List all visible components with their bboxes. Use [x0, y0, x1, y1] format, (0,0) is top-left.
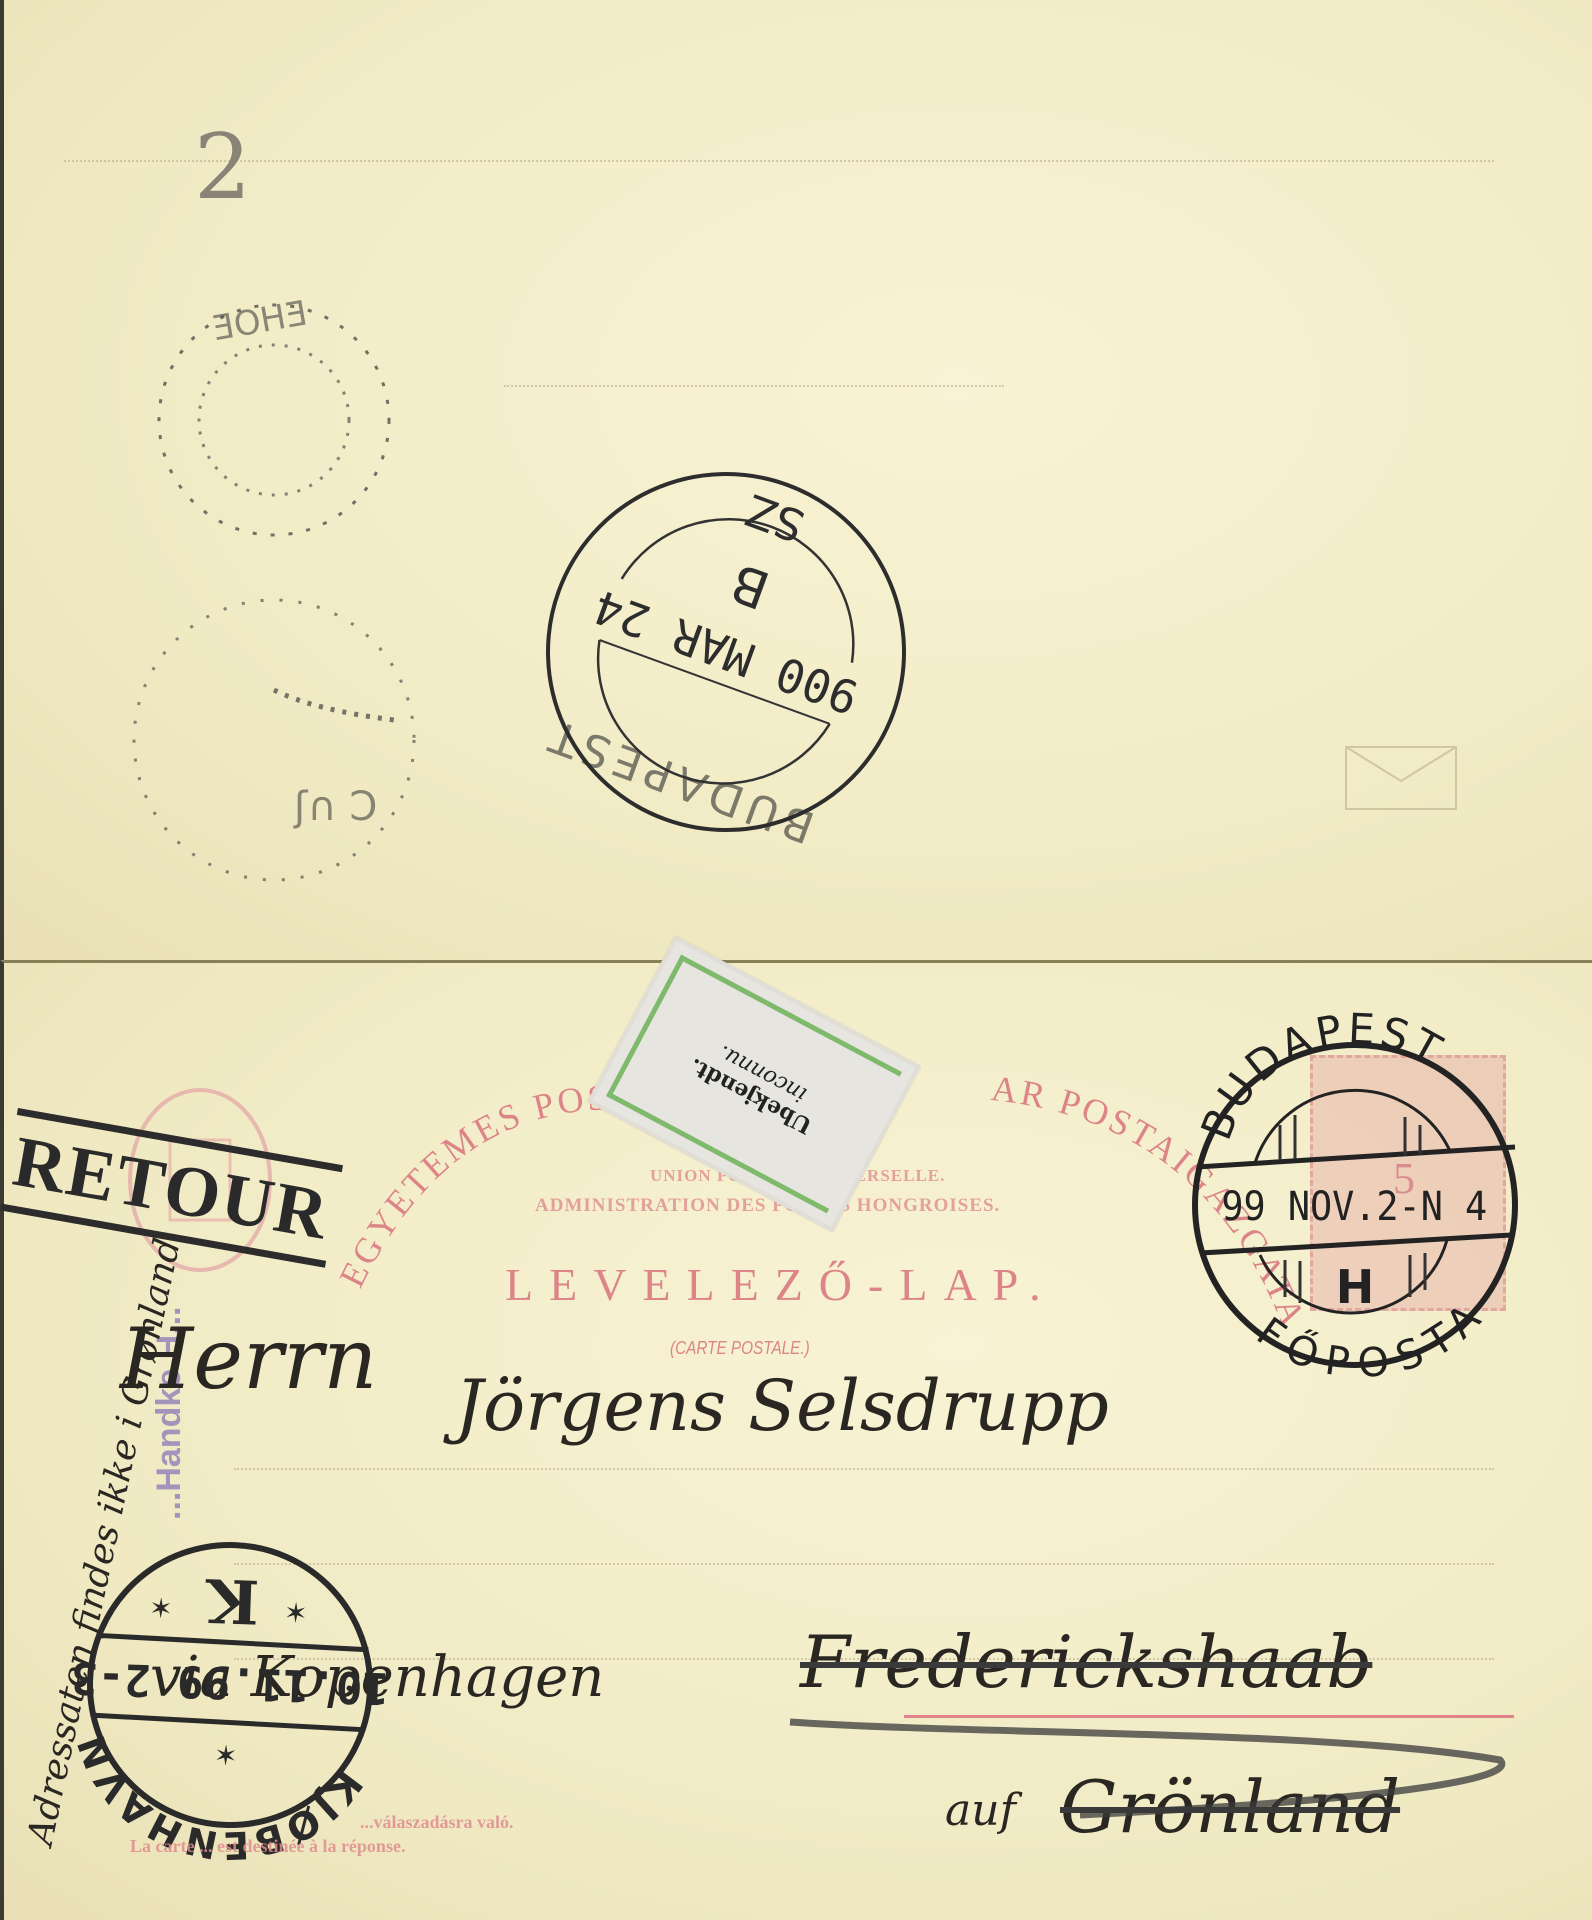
address-name: Jörgens Selsdrupp	[455, 1365, 1109, 1447]
svg-text:✶: ✶	[284, 1595, 309, 1629]
card-title: LEVELEZŐ-LAP.	[505, 1258, 1057, 1311]
svg-text:ƎOHƎ: ƎOHƎ	[210, 293, 311, 349]
svg-text:H: H	[1336, 1260, 1375, 1314]
budapest-arrival-postmark-icon: 900 MAR 24 B BUDAPEST SZ	[544, 470, 924, 850]
reply-note: ...válaszadásra való. La carte ... est d…	[130, 1810, 514, 1858]
ruled-line	[64, 160, 1494, 162]
svg-text:10.11.99 2-3: 10.11.99 2-3	[70, 1651, 389, 1713]
svg-text:EGYETEMES POSTA: EGYETEMES POSTA	[316, 1008, 634, 1293]
smudged-postmark-icon: ʃ∩ Ͻ	[74, 580, 514, 940]
address-line	[234, 1563, 1494, 1565]
admin-line-2: ADMINISTRATION DES POSTES HONGROISES.	[535, 1195, 1000, 1217]
svg-text:✶: ✶	[214, 1737, 239, 1771]
svg-text:K: K	[204, 1564, 260, 1636]
svg-text:✶: ✶	[149, 1590, 174, 1624]
reply-note-hu: ...válaszadásra való.	[130, 1810, 514, 1834]
kobenhavn-postmark-icon: 10.11.99 2-3 K ✶ ✶ ✶ KJØBENHAVN	[75, 1530, 395, 1850]
ruled-line	[504, 385, 1004, 387]
reply-note-fr: La carte ... est destinée à la réponse.	[130, 1834, 514, 1858]
address-line	[234, 1468, 1494, 1470]
card-top-half: 2 ƎOHƎ ʃ∩ Ͻ 900 MAR 24 B BUDAPEST SZ	[0, 0, 1592, 960]
svg-text:99 NOV.2-N 4: 99 NOV.2-N 4	[1221, 1184, 1487, 1231]
budapest-departure-postmark-icon: 99 NOV.2-N 4 H BUDAPEST FŐPOSTA	[1185, 1035, 1525, 1375]
svg-text:B: B	[723, 551, 777, 620]
svg-text:ʃ∩ Ͻ: ʃ∩ Ͻ	[293, 784, 378, 830]
card-subtitle: (CARTE POSTALE.)	[670, 1338, 810, 1359]
pencil-mark: 2	[194, 115, 251, 220]
embossed-envelope-icon	[1344, 745, 1464, 815]
cancellation-scribble	[780, 1660, 1520, 1840]
smudged-postmark-icon: ƎOHƎ	[124, 280, 444, 580]
svg-text:BUDAPEST: BUDAPEST	[538, 708, 821, 853]
